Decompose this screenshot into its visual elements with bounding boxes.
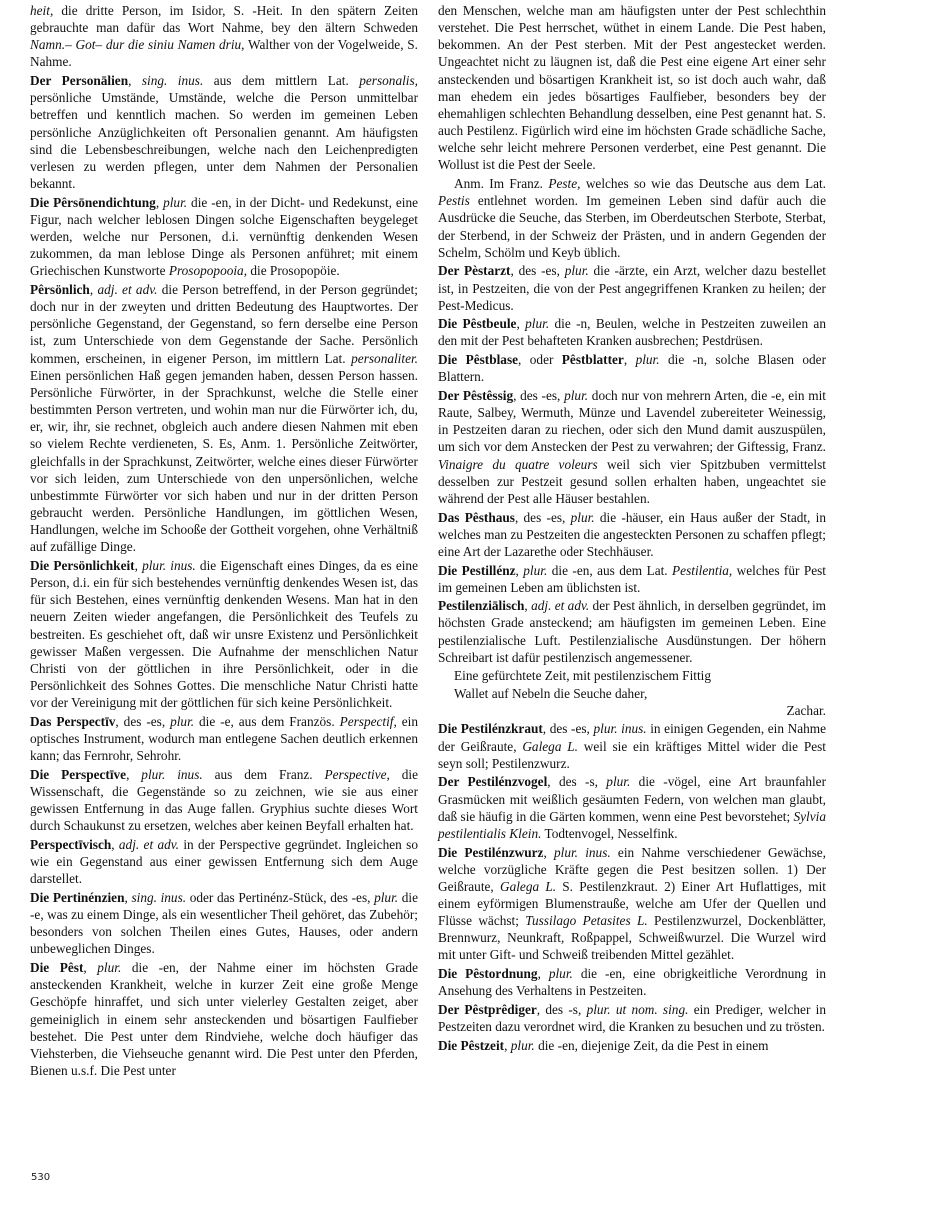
- italic-term: plur.: [606, 774, 630, 789]
- entry-text: die Eigenschaft eines Dinges, da es eine…: [30, 558, 418, 710]
- entry-text: , des -es,: [510, 263, 564, 278]
- dictionary-entry-pest-anm: Anm. Im Franz. Peste, welches so wie das…: [438, 175, 826, 261]
- entry-text: die -e, aus dem Französ.: [194, 714, 339, 729]
- entry-text: ,: [135, 558, 142, 573]
- headword: Der Pêstêssig: [438, 388, 513, 403]
- headword: Der Pestilénzvogel: [438, 774, 547, 789]
- headword: Die Pêstzeit: [438, 1038, 504, 1053]
- italic-term: plur.: [636, 352, 660, 367]
- italic-term: plur.: [97, 960, 121, 975]
- italic-term: plur. inus.: [594, 721, 647, 736]
- dictionary-entry-perspective: Die Perspectīve, plur. inus. aus dem Fra…: [30, 766, 418, 835]
- italic-term: Galega L.: [500, 879, 556, 894]
- entry-text: , des -s,: [547, 774, 606, 789]
- entry-text: Einen persönlichen Haß gegen jemanden ha…: [30, 368, 418, 555]
- dictionary-entry-pestblase: Die Pêstblase, oder Pêstblatter, plur. d…: [438, 351, 826, 385]
- headword: Das Pêsthaus: [438, 510, 515, 525]
- italic-term: plur.: [565, 263, 589, 278]
- dictionary-entry-personendichtung: Die Pêrsōnendichtung, plur. die -en, in …: [30, 194, 418, 280]
- headword: Pêrsönlich: [30, 282, 90, 297]
- dictionary-entry-perspectiv: Das Perspectīv, des -es, plur. die -e, a…: [30, 713, 418, 764]
- dictionary-entry-pestillenz: Die Pestillénz, plur. die -en, aus dem L…: [438, 562, 826, 596]
- entry-text: Anm. Im Franz.: [454, 176, 548, 191]
- entry-text: , des -es,: [115, 714, 170, 729]
- italic-term: Pestilentia,: [672, 563, 732, 578]
- entry-text: ,: [156, 195, 163, 210]
- entry-text: den Menschen, welche man am häufigsten u…: [438, 3, 826, 172]
- dictionary-entry-pestilenzwurz: Die Pestilénzwurz, plur. inus. ein Nahme…: [438, 844, 826, 964]
- headword: Der Pêstprêdiger: [438, 1002, 537, 1017]
- italic-term: Perspectif,: [340, 714, 397, 729]
- italic-term: Vinaigre du quatre voleurs: [438, 457, 598, 472]
- italic-term: Galega L.: [522, 739, 578, 754]
- headword: Der Pèstarzt: [438, 263, 510, 278]
- dictionary-entry-pest-cont: den Menschen, welche man am häufigsten u…: [438, 2, 826, 174]
- headword: Die Pestilénzkraut: [438, 721, 543, 736]
- italic-term: personaliter.: [351, 351, 418, 366]
- italic-term: plur.: [374, 890, 398, 905]
- entry-text: die Prosopopöie.: [247, 263, 340, 278]
- headword: Die Pêst: [30, 960, 83, 975]
- entry-text: ,: [516, 316, 525, 331]
- left-column: heit, die dritte Person, im Isidor, S. -…: [30, 2, 418, 1081]
- dictionary-entry-pestbeule: Die Pêstbeule, plur. die -n, Beulen, wel…: [438, 315, 826, 349]
- entry-text: ,: [504, 1038, 511, 1053]
- italic-term: plur. inus.: [142, 558, 196, 573]
- dictionary-entry-pestzeit: Die Pêstzeit, plur. die -en, diejenige Z…: [438, 1037, 826, 1054]
- entry-text: ,: [111, 837, 119, 852]
- verse-line: Wallet auf Nebeln die Seuche daher,: [438, 685, 826, 702]
- headword: Pêstblatter: [562, 352, 624, 367]
- entry-text: die -en, aus dem Lat.: [547, 563, 672, 578]
- entry-text: , des -es,: [513, 388, 564, 403]
- entry-text: oder das Pertinénz-Stück, des -es,: [186, 890, 374, 905]
- dictionary-entry-cont: heit, die dritte Person, im Isidor, S. -…: [30, 2, 418, 71]
- dictionary-entry-pestilenzkraut: Die Pestilénzkraut, des -es, plur. inus.…: [438, 720, 826, 771]
- headword: Pestilenziālisch: [438, 598, 524, 613]
- entry-text: ,: [538, 966, 549, 981]
- entry-text: Todtenvogel, Nesselfink.: [541, 826, 677, 841]
- italic-term: Prosopopooia,: [169, 263, 247, 278]
- italic-term: plur.: [571, 510, 595, 525]
- headword: Der Personālien: [30, 73, 128, 88]
- dictionary-entry-pestprediger: Der Pêstprêdiger, des -s, plur. ut nom. …: [438, 1001, 826, 1035]
- headword: Die Pêstordnung: [438, 966, 538, 981]
- italic-term: plur.: [163, 195, 187, 210]
- italic-term: plur. inus.: [141, 767, 202, 782]
- dictionary-entry-persoenlichkeit: Die Persönlichkeit, plur. inus. die Eige…: [30, 557, 418, 711]
- entry-text: ,: [128, 73, 142, 88]
- headword: Die Perspectīve: [30, 767, 126, 782]
- italic-term: sing. inus.: [131, 890, 186, 905]
- entry-text: die -en, diejenige Zeit, da die Pest in …: [535, 1038, 769, 1053]
- entry-text: persönliche Umstände, Umstände, welche d…: [30, 90, 418, 191]
- verse-source: Zachar.: [438, 702, 826, 719]
- entry-text: aus dem mittlern Lat.: [203, 73, 359, 88]
- italic-term: plur.: [511, 1038, 535, 1053]
- headword: Die Pêstblase: [438, 352, 518, 367]
- dictionary-entry-persoenlich: Pêrsönlich, adj. et adv. die Person betr…: [30, 281, 418, 556]
- page-number: 530: [31, 1172, 50, 1183]
- headword: Die Pertinénzien: [30, 890, 124, 905]
- entry-text: ,: [543, 845, 554, 860]
- entry-text: aus dem Franz.: [203, 767, 325, 782]
- italic-term: adj. et adv.: [119, 837, 179, 852]
- dictionary-entry-pestordnung: Die Pêstordnung, plur. die -en, eine obr…: [438, 965, 826, 999]
- right-column: den Menschen, welche man am häufigsten u…: [438, 2, 826, 1055]
- entry-text: die -en, der Nahme einer im höchsten Gra…: [30, 960, 418, 1078]
- italic-term: plur.: [170, 714, 194, 729]
- entry-text: , des -es,: [515, 510, 571, 525]
- headword: Perspectīvisch: [30, 837, 111, 852]
- italic-term: plur. ut nom. sing.: [587, 1002, 689, 1017]
- headword: Die Pêstbeule: [438, 316, 516, 331]
- verse-line: Eine gefürchtete Zeit, mit pestilenzisch…: [438, 667, 826, 684]
- dictionary-entry-pest: Die Pêst, plur. die -en, der Nahme einer…: [30, 959, 418, 1079]
- dictionary-entry-pestilenzialisch: Pestilenziālisch, adj. et adv. der Pest …: [438, 597, 826, 666]
- italic-term: Namn.– Got– dur die siniu Namen driu,: [30, 37, 245, 52]
- entry-text: , oder: [518, 352, 562, 367]
- italic-term: adj. et adv.: [531, 598, 589, 613]
- dictionary-entry-pestarzt: Der Pèstarzt, des -es, plur. die -ärzte,…: [438, 262, 826, 313]
- headword: Die Pestilénzwurz: [438, 845, 543, 860]
- dictionary-entry-pestessig: Der Pêstêssig, des -es, plur. doch nur v…: [438, 387, 826, 507]
- entry-text: ,: [83, 960, 97, 975]
- italic-term: plur.: [564, 388, 588, 403]
- italic-term: plur.: [523, 563, 547, 578]
- headword: Die Persönlichkeit: [30, 558, 135, 573]
- italic-term: heit,: [30, 3, 53, 18]
- italic-term: personalis,: [359, 73, 418, 88]
- right-column-entries-continued: Die Pestilénzkraut, des -es, plur. inus.…: [438, 720, 826, 1053]
- entry-text: welches so wie das Deutsche aus dem Lat.: [580, 176, 826, 191]
- headword: Die Pestillénz: [438, 563, 516, 578]
- italic-term: plur.: [525, 316, 549, 331]
- entry-text: entlehnet worden. Im gemeinen Leben sind…: [438, 193, 826, 259]
- italic-term: sing. inus.: [142, 73, 203, 88]
- italic-term: Peste,: [548, 176, 580, 191]
- entry-text: ,: [126, 767, 141, 782]
- entry-text: die dritte Person, im Isidor, S. -Heit. …: [30, 3, 418, 35]
- italic-term: Tussilago Petasites L.: [525, 913, 647, 928]
- headword: Das Perspectīv: [30, 714, 115, 729]
- entry-text: ,: [624, 352, 636, 367]
- dictionary-entry-pesthaus: Das Pêsthaus, des -es, plur. die -häuser…: [438, 509, 826, 560]
- dictionary-entry-perspectivisch: Perspectīvisch, adj. et adv. in der Pers…: [30, 836, 418, 887]
- dictionary-entry-personalien: Der Personālien, sing. inus. aus dem mit…: [30, 72, 418, 192]
- italic-term: adj. et adv.: [97, 282, 157, 297]
- entry-text: , des -es,: [543, 721, 594, 736]
- italic-term: plur. inus.: [554, 845, 611, 860]
- entry-text: , des -s,: [537, 1002, 587, 1017]
- dictionary-entry-pertinenzien: Die Pertinénzien, sing. inus. oder das P…: [30, 889, 418, 958]
- dictionary-entry-pestilenzvogel: Der Pestilénzvogel, des -s, plur. die -v…: [438, 773, 826, 842]
- headword: Die Pêrsōnendichtung: [30, 195, 156, 210]
- right-column-entries: den Menschen, welche man am häufigsten u…: [438, 2, 826, 666]
- italic-term: plur.: [549, 966, 573, 981]
- italic-term: Pestis: [438, 193, 470, 208]
- italic-term: Perspective,: [325, 767, 390, 782]
